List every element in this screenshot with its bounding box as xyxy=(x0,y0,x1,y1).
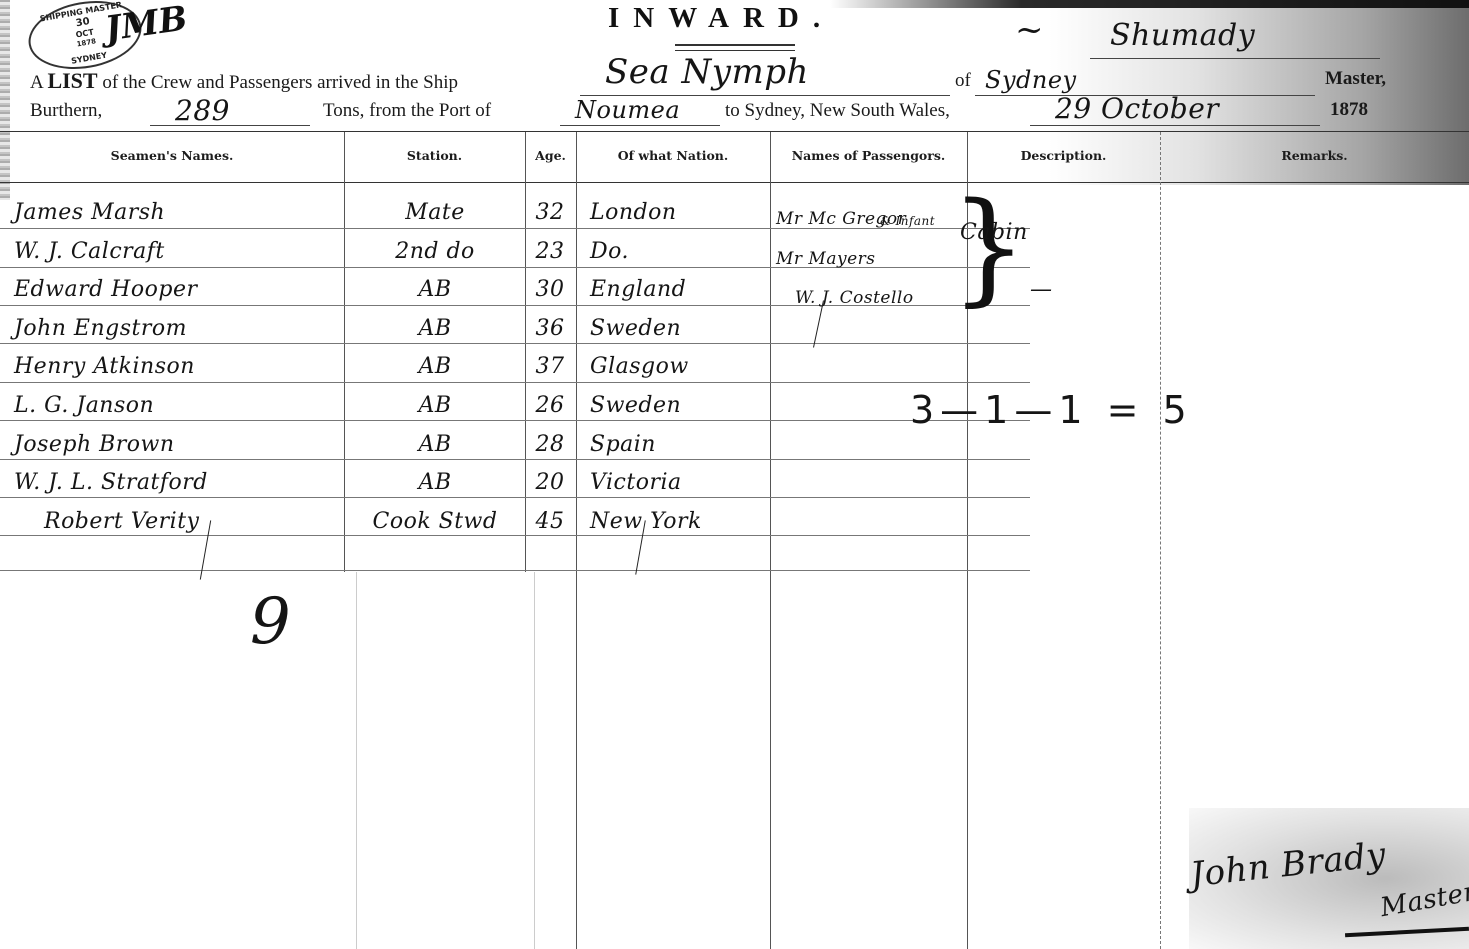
table-header-rule xyxy=(0,182,1469,183)
from-port: Noumea xyxy=(575,96,680,124)
column-divider xyxy=(576,132,577,949)
column-divider xyxy=(344,132,345,572)
crew-nation: Sweden xyxy=(590,393,765,419)
row-rule xyxy=(0,535,1030,536)
burthen-label: Burthern, xyxy=(30,100,102,122)
scan-top-edge xyxy=(830,0,1469,8)
scan-edge-shadow xyxy=(0,0,10,200)
passenger-note: & Infant xyxy=(880,214,935,228)
description-cabin: Cabin xyxy=(960,220,1028,245)
ship-name: Sea Nymph xyxy=(605,52,809,92)
destination-text: to Sydney, New South Wales, xyxy=(725,100,950,122)
col-header-passengers: Names of Passengors. xyxy=(770,148,967,163)
passenger-tally: 3—1—1 = 5 xyxy=(910,388,1193,432)
passenger-brace: } xyxy=(950,186,1028,308)
passenger-name: Mr Mayers xyxy=(776,246,966,272)
crew-name: Henry Atkinson xyxy=(14,354,334,380)
home-port: Sydney xyxy=(985,66,1077,94)
crew-age: 23 xyxy=(527,239,573,265)
flourish-mark: ~ xyxy=(1015,10,1044,50)
crew-station: AB xyxy=(350,354,520,380)
crew-nation: London xyxy=(590,200,765,226)
row-rule xyxy=(0,497,1030,498)
intro-a: A xyxy=(30,72,43,93)
master-name-handwritten: Shumady xyxy=(1110,18,1255,53)
intro-list: LIST xyxy=(47,68,97,93)
crew-name: Joseph Brown xyxy=(14,432,334,458)
crew-nation: England xyxy=(590,277,765,303)
crew-station: AB xyxy=(350,470,520,496)
crew-age: 45 xyxy=(527,509,573,535)
column-divider xyxy=(525,132,526,572)
crew-station: Cook Stwd xyxy=(350,509,520,535)
crew-age: 36 xyxy=(527,316,573,342)
row-rule xyxy=(0,420,1030,421)
crew-station: AB xyxy=(350,393,520,419)
row-rule xyxy=(0,343,1030,344)
master-label: Master, xyxy=(1325,68,1386,90)
arrival-date: 29 October xyxy=(1055,92,1219,125)
from-port-rule xyxy=(560,125,720,126)
col-header-remarks: Remarks. xyxy=(1160,148,1469,163)
crew-name: Edward Hooper xyxy=(14,277,334,303)
crew-age: 37 xyxy=(527,354,573,380)
intro-text: of the Crew and Passengers arrived in th… xyxy=(102,72,458,93)
col-header-station: Station. xyxy=(344,148,525,163)
description-dash: — xyxy=(1030,277,1053,302)
column-divider xyxy=(770,132,771,949)
row-rule xyxy=(0,382,1030,383)
crew-name: W. J. Calcraft xyxy=(14,239,334,265)
crew-name: W. J. L. Stratford xyxy=(14,470,334,496)
title-underline xyxy=(675,44,795,51)
date-rule xyxy=(1030,125,1320,126)
row-rule xyxy=(0,459,1030,460)
crew-age: 26 xyxy=(527,393,573,419)
crew-count: 9 xyxy=(250,585,291,659)
table-top-rule xyxy=(0,131,1469,132)
crew-name: John Engstrom xyxy=(14,316,334,342)
arrival-year: 1878 xyxy=(1330,99,1368,121)
crew-nation: Spain xyxy=(590,432,765,458)
col-header-description: Description. xyxy=(967,148,1160,163)
crew-age: 32 xyxy=(527,200,573,226)
faint-column-line xyxy=(534,572,535,949)
col-header-seamen: Seamen's Names. xyxy=(0,148,344,163)
crew-nation: New York xyxy=(590,509,765,535)
faint-column-line xyxy=(356,572,357,949)
crew-station: 2nd do xyxy=(350,239,520,265)
stamp-initials: JMB xyxy=(103,0,190,50)
crew-nation: Sweden xyxy=(590,316,765,342)
crew-station: AB xyxy=(350,432,520,458)
page-title: INWARD. xyxy=(608,2,834,35)
master-name-rule xyxy=(1090,58,1380,59)
crew-age: 30 xyxy=(527,277,573,303)
crew-name: James Marsh xyxy=(14,200,334,226)
col-header-age: Age. xyxy=(525,148,576,163)
tons-rule xyxy=(150,125,310,126)
crew-nation: Glasgow xyxy=(590,354,765,380)
crew-station: Mate xyxy=(350,200,520,226)
row-rule xyxy=(0,570,1030,571)
crew-station: AB xyxy=(350,277,520,303)
crew-name: L. G. Janson xyxy=(14,393,334,419)
crew-age: 28 xyxy=(527,432,573,458)
crew-name: Robert Verity xyxy=(44,509,364,535)
tons-text: Tons, from the Port of xyxy=(323,100,491,122)
col-header-nation: Of what Nation. xyxy=(576,148,770,163)
passenger-name: Mr Mc Gregor xyxy=(776,206,966,232)
crew-station: AB xyxy=(350,316,520,342)
column-divider xyxy=(1160,132,1161,949)
crew-age: 20 xyxy=(527,470,573,496)
crew-nation: Do. xyxy=(590,239,765,265)
intro-line: A LIST of the Crew and Passengers arrive… xyxy=(30,68,458,94)
tons-value: 289 xyxy=(175,94,230,127)
of-label: of xyxy=(955,70,971,92)
crew-nation: Victoria xyxy=(590,470,765,496)
